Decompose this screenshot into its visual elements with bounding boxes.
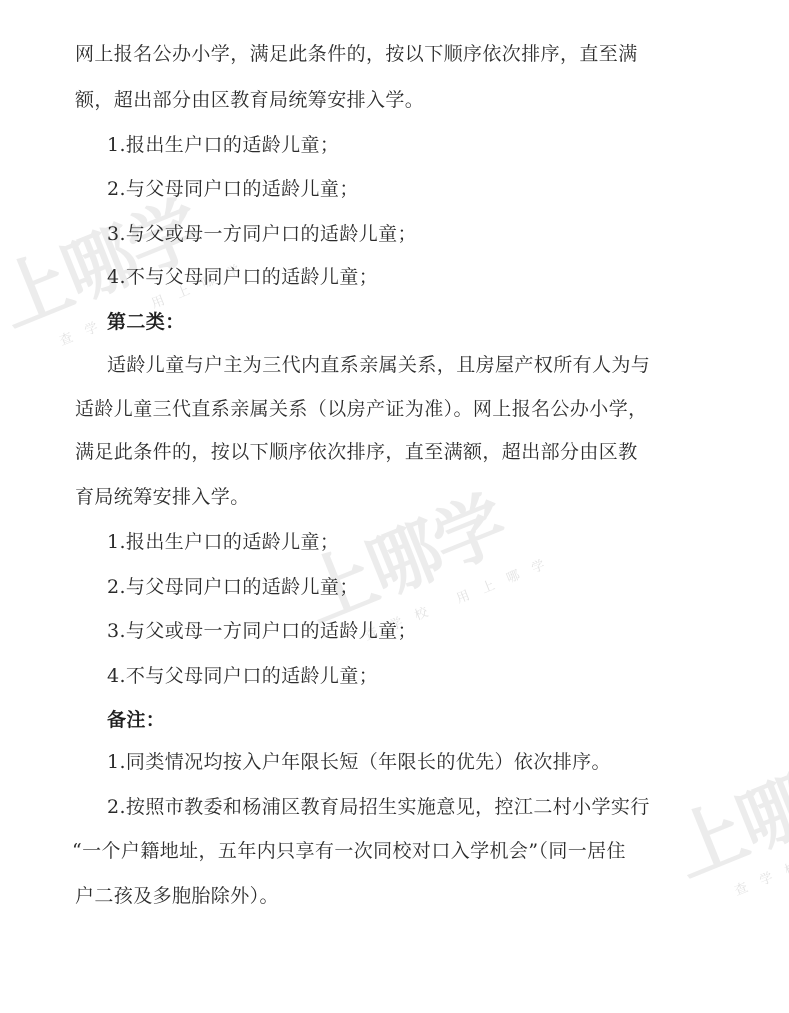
section-heading: 备注：	[107, 708, 165, 732]
paragraph-line: “一个户籍地址，五年内只享有一次同校对口入学机会”（同一居住	[72, 839, 626, 863]
paragraph-line: 额，超出部分由区教育局统筹安排入学。	[75, 88, 424, 112]
list-item: 4.不与父母同户口的适龄儿童；	[107, 664, 378, 688]
section-heading: 第二类：	[107, 310, 185, 334]
list-item: 3.与父或母一方同户口的适龄儿童；	[107, 619, 417, 643]
paragraph-line: 网上报名公办小学，满足此条件的，按以下顺序依次排序，直至满	[75, 42, 638, 66]
note-item: 2.按照市教委和杨浦区教育局招生实施意见，控江二村小学实行	[107, 795, 650, 819]
paragraph-line: 适龄儿童与户主为三代内直系亲属关系，且房屋产权所有人为与	[107, 353, 650, 377]
note-item: 1.同类情况均按入户年限长短（年限长的优先）依次排序。	[107, 750, 611, 774]
list-item: 4.不与父母同户口的适龄儿童；	[107, 265, 378, 289]
list-item: 1.报出生户口的适龄儿童；	[107, 530, 339, 554]
document-page: 上哪学 查学校 用上哪学 上哪学 查学校 用上哪学 上哪学 查学校 用上哪学 网…	[0, 0, 789, 1013]
paragraph-line: 育局统筹安排入学。	[75, 485, 250, 509]
list-item: 2.与父母同户口的适龄儿童；	[107, 575, 359, 599]
list-item: 3.与父或母一方同户口的适龄儿童；	[107, 222, 417, 246]
paragraph-line: 户二孩及多胞胎除外）。	[75, 884, 279, 908]
watermark-right: 上哪学 查学校 用上哪学	[655, 707, 789, 914]
watermark-brand: 上哪学	[655, 707, 789, 896]
paragraph-line: 满足此条件的，按以下顺序依次排序，直至满额，超出部分由区教	[75, 440, 638, 464]
list-item: 2.与父母同户口的适龄儿童；	[107, 177, 359, 201]
paragraph-line: 适龄儿童三代直系亲属关系（以房产证为准）。网上报名公办小学，	[75, 397, 648, 421]
watermark-slogan: 查学校 用上哪学	[731, 804, 789, 899]
list-item: 1.报出生户口的适龄儿童；	[107, 133, 339, 157]
